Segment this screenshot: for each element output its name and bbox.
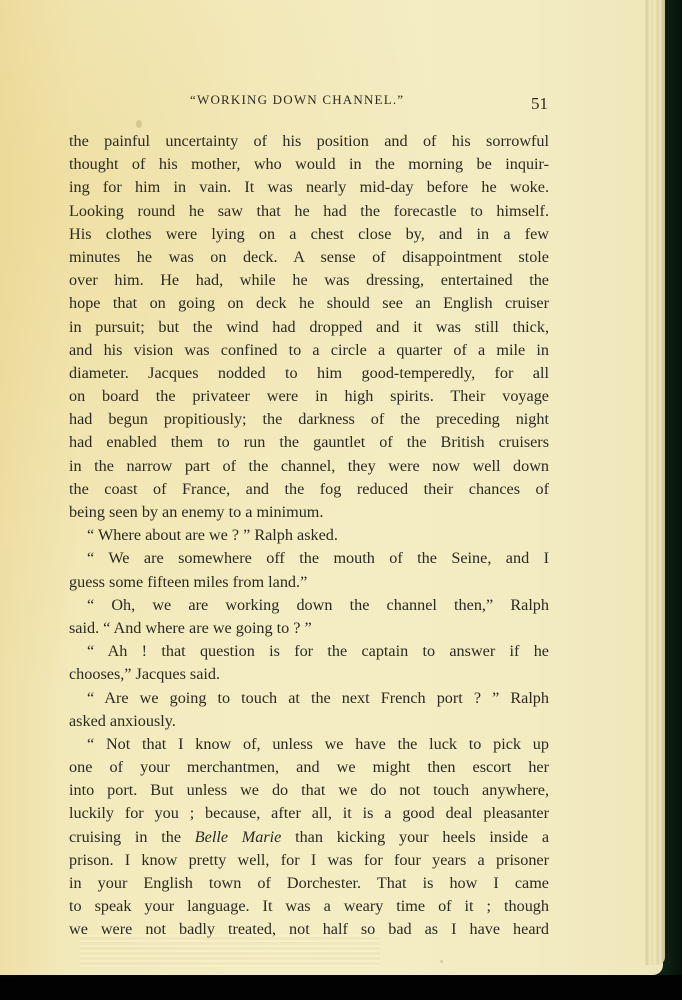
dialogue-line: “ Ah ! that question is for the captain … (69, 640, 549, 663)
dialogue-line: “ Where about are we ? ” Ralph asked. (69, 524, 549, 547)
text-line: minutes he was on deck. A sense of disap… (69, 246, 549, 269)
text-line: in your English town of Dorchester. That… (69, 872, 549, 895)
text-line: the painful uncertainty of his position … (69, 130, 549, 153)
text-line: luckily for you ; because, after all, it… (69, 802, 549, 825)
scanned-book-page: “WORKING DOWN CHANNEL.” 51 the painful u… (0, 0, 682, 1000)
page-stack-bottom-edges (80, 935, 380, 967)
text-line: to speak your language. It was a weary t… (69, 895, 549, 918)
paper-blemish (440, 960, 443, 963)
body-text: the painful uncertainty of his position … (69, 130, 549, 942)
text-fragment: than kicking your heels inside a (295, 828, 549, 846)
text-line: ing for him in vain. It was nearly mid-d… (69, 176, 549, 199)
text-line: asked anxiously. (69, 710, 549, 733)
ship-name-italic: Belle Marie (195, 828, 282, 846)
text-line: in the narrow part of the channel, they … (69, 455, 549, 478)
text-line: thought of his mother, who would in the … (69, 153, 549, 176)
text-line: His clothes were lying on a chest close … (69, 223, 549, 246)
scan-background (0, 975, 682, 1000)
text-line: being seen by an enemy to a minimum. (69, 501, 549, 524)
text-line: on board the privateer were in high spir… (69, 385, 549, 408)
paper-blemish (136, 120, 142, 128)
page-stack-edges (645, 0, 665, 965)
dialogue-line: “ Not that I know of, unless we have the… (69, 733, 549, 756)
dialogue-line: “ We are somewhere off the mouth of the … (69, 547, 549, 570)
text-line: chooses,” Jacques said. (69, 663, 549, 686)
text-fragment: cruising in the (69, 828, 181, 846)
dialogue-line: “ Oh, we are working down the channel th… (69, 594, 549, 617)
text-line: had enabled them to run the gauntlet of … (69, 431, 549, 454)
text-line: diameter. Jacques nodded to him good-tem… (69, 362, 549, 385)
text-line: hope that on going on deck he should see… (69, 292, 549, 315)
text-line: into port. But unless we do that we do n… (69, 779, 549, 802)
text-line: had begun propitiously; the darkness of … (69, 408, 549, 431)
text-line: prison. I know pretty well, for I was fo… (69, 849, 549, 872)
text-line: said. “ And where are we going to ? ” (69, 617, 549, 640)
paper-page: “WORKING DOWN CHANNEL.” 51 the painful u… (0, 0, 663, 975)
running-header: “WORKING DOWN CHANNEL.” 51 (0, 92, 682, 112)
text-line: in pursuit; but the wind had dropped and… (69, 316, 549, 339)
text-line: over him. He had, while he was dressing,… (69, 269, 549, 292)
text-line: and his vision was confined to a circle … (69, 339, 549, 362)
page-number: 51 (531, 94, 548, 114)
text-line: guess some fifteen miles from land.” (69, 571, 549, 594)
text-line: the coast of France, and the fog reduced… (69, 478, 549, 501)
text-line: Looking round he saw that he had the for… (69, 200, 549, 223)
dialogue-line: “ Are we going to touch at the next Fren… (69, 687, 549, 710)
text-line-with-italic: cruising in the Belle Marie than kicking… (69, 826, 549, 849)
text-line: one of your merchantmen, and we might th… (69, 756, 549, 779)
running-title: “WORKING DOWN CHANNEL.” (190, 92, 404, 108)
